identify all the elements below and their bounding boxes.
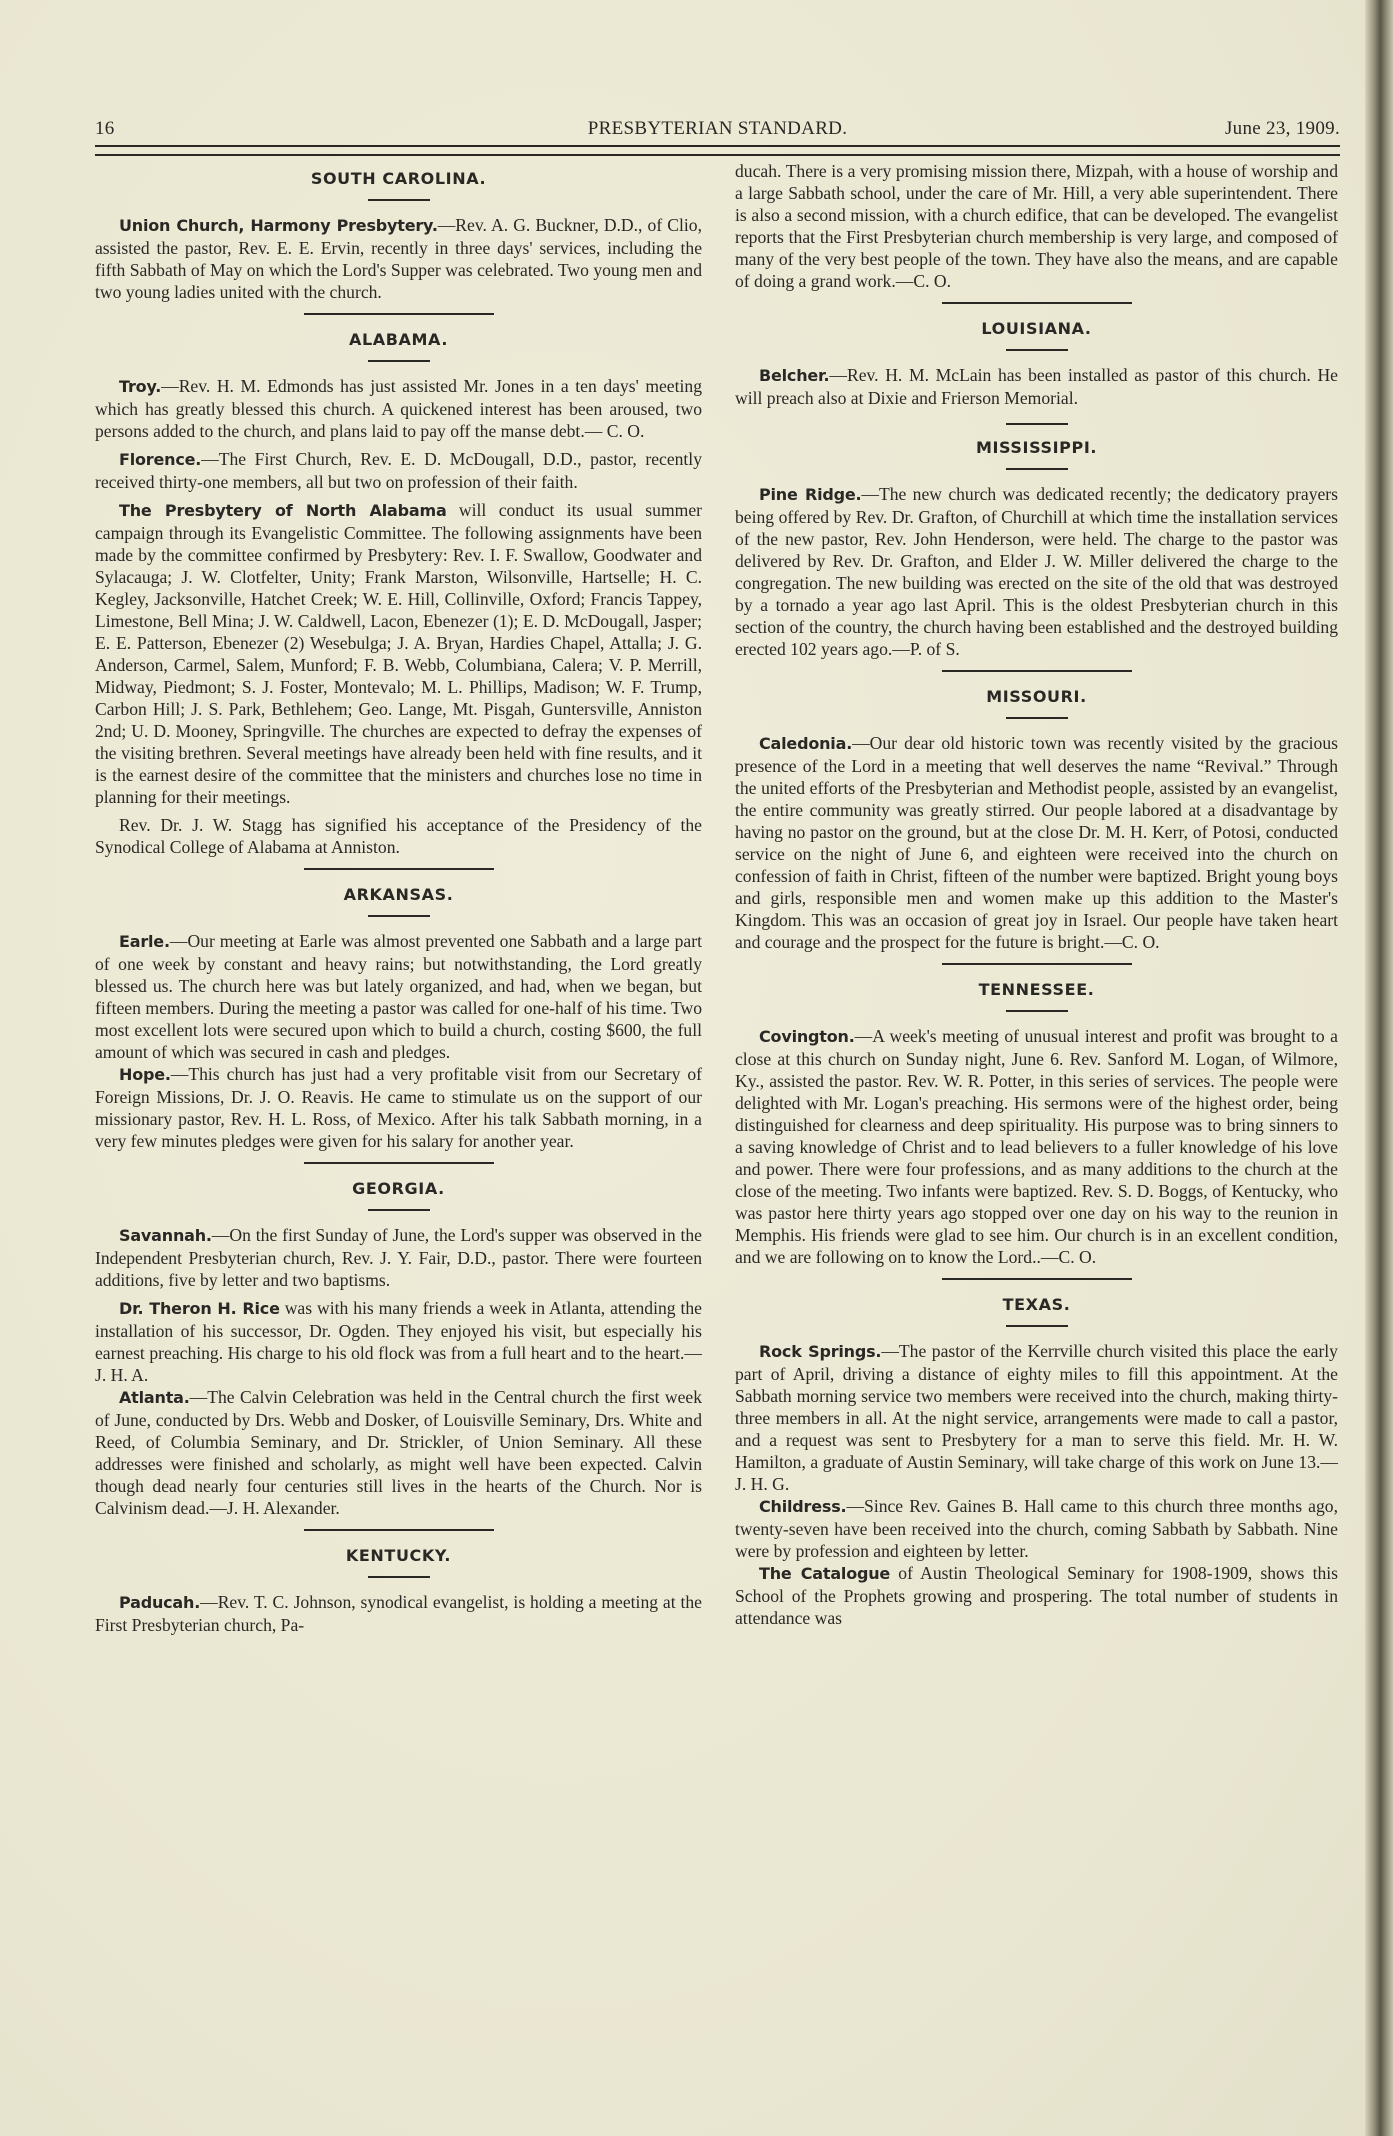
section-missouri: MISSOURI. Caledonia.—Our dear old histor… [735, 678, 1338, 953]
news-item: Rev. Dr. J. W. Stagg has signified his a… [95, 814, 702, 858]
item-text: —Our dear old historic town was recently… [735, 733, 1338, 952]
section-divider [1006, 423, 1068, 425]
item-lead: The Presbytery of North Alabama [119, 501, 447, 520]
item-lead: Earle. [119, 932, 170, 951]
item-lead: Florence. [119, 450, 201, 469]
short-rule [368, 915, 430, 917]
section-tennessee: TENNESSEE. Covington.—A week's meeting o… [735, 971, 1338, 1268]
section-divider [304, 868, 494, 870]
item-lead: Childress. [759, 1497, 846, 1516]
section-divider [942, 963, 1132, 965]
page-header: 16 PRESBYTERIAN STANDARD. June 23, 1909. [95, 118, 1340, 142]
short-rule [368, 199, 430, 201]
news-item: Belcher.—Rev. H. M. McLain has been inst… [735, 364, 1338, 409]
section-heading: ALABAMA. [95, 321, 702, 351]
section-divider [942, 670, 1132, 672]
news-item: Union Church, Harmony Presbytery.—Rev. A… [95, 214, 702, 303]
item-lead: Covington. [759, 1027, 855, 1046]
issue-date: June 23, 1909. [1225, 118, 1340, 140]
news-item: Pine Ridge.—The new church was dedicated… [735, 483, 1338, 660]
news-item: Caledonia.—Our dear old historic town wa… [735, 732, 1338, 953]
item-lead: The Catalogue [759, 1564, 890, 1583]
section-heading: TENNESSEE. [735, 971, 1338, 1001]
section-divider [304, 1529, 494, 1531]
item-text: —This church has just had a very profita… [95, 1064, 702, 1151]
section-heading: MISSISSIPPI. [735, 429, 1338, 459]
item-text: —The pastor of the Kerrville church visi… [735, 1341, 1338, 1494]
left-column: SOUTH CAROLINA. Union Church, Harmony Pr… [95, 160, 702, 1642]
section-heading: KENTUCKY. [95, 1537, 702, 1567]
news-item: Florence.—The First Church, Rev. E. D. M… [95, 448, 702, 493]
short-rule [1006, 717, 1068, 719]
news-item: The Catalogue of Austin Theological Semi… [735, 1562, 1338, 1629]
item-lead: Pine Ridge. [759, 485, 861, 504]
short-rule [1006, 1325, 1068, 1327]
news-item: Atlanta.—The Calvin Celebration was held… [95, 1386, 702, 1519]
publication-title: PRESBYTERIAN STANDARD. [95, 118, 1340, 140]
news-item: Paducah.—Rev. T. C. Johnson, synodical e… [95, 1591, 702, 1636]
section-divider [304, 1162, 494, 1164]
section-kentucky: KENTUCKY. Paducah.—Rev. T. C. Johnson, s… [95, 1537, 702, 1636]
newspaper-page: 16 PRESBYTERIAN STANDARD. June 23, 1909.… [0, 0, 1393, 2136]
item-text: —Our meeting at Earle was almost prevent… [95, 931, 702, 1062]
section-louisiana: LOUISIANA. Belcher.—Rev. H. M. McLain ha… [735, 310, 1338, 409]
section-heading: MISSOURI. [735, 678, 1338, 708]
news-item: Dr. Theron H. Rice was with his many fri… [95, 1297, 702, 1386]
news-item: Childress.—Since Rev. Gaines B. Hall cam… [735, 1495, 1338, 1562]
short-rule [368, 1209, 430, 1211]
news-item: Hope.—This church has just had a very pr… [95, 1063, 702, 1152]
item-text: Rev. Dr. J. W. Stagg has signified his a… [95, 815, 702, 857]
news-item: Troy.—Rev. H. M. Edmonds has just assist… [95, 375, 702, 442]
section-heading: SOUTH CAROLINA. [95, 160, 702, 190]
section-heading: GEORGIA. [95, 1170, 702, 1200]
item-lead: Paducah. [119, 1593, 200, 1612]
header-double-rule [95, 145, 1340, 156]
short-rule [1006, 349, 1068, 351]
item-lead: Caledonia. [759, 734, 852, 753]
book-binding-edge [1365, 0, 1393, 2136]
section-divider [942, 1278, 1132, 1280]
section-mississippi: MISSISSIPPI. Pine Ridge.—The new church … [735, 429, 1338, 660]
item-lead: Atlanta. [119, 1388, 190, 1407]
section-texas: TEXAS. Rock Springs.—The pastor of the K… [735, 1286, 1338, 1629]
news-item: Earle.—Our meeting at Earle was almost p… [95, 930, 702, 1063]
short-rule [1006, 1010, 1068, 1012]
right-column: ducah. There is a very promising mission… [735, 160, 1338, 1635]
section-divider [304, 313, 494, 315]
item-text: ducah. There is a very promising mission… [735, 161, 1338, 291]
section-heading: LOUISIANA. [735, 310, 1338, 340]
section-heading: ARKANSAS. [95, 876, 702, 906]
item-lead: Belcher. [759, 366, 829, 385]
short-rule [368, 360, 430, 362]
news-item: The Presbytery of North Alabama will con… [95, 499, 702, 808]
item-text: —Rev. H. M. Edmonds has just assisted Mr… [95, 376, 702, 441]
short-rule [1006, 468, 1068, 470]
section-south-carolina: SOUTH CAROLINA. Union Church, Harmony Pr… [95, 160, 702, 303]
item-lead: Savannah. [119, 1226, 212, 1245]
item-lead: Union Church, Harmony Presbytery. [119, 216, 438, 235]
section-divider [942, 302, 1132, 304]
news-item: Covington.—A week's meeting of unusual i… [735, 1025, 1338, 1268]
item-lead: Hope. [119, 1065, 171, 1084]
section-arkansas: ARKANSAS. Earle.—Our meeting at Earle wa… [95, 876, 702, 1152]
news-item: Rock Springs.—The pastor of the Kerrvill… [735, 1340, 1338, 1495]
short-rule [368, 1576, 430, 1578]
item-lead: Rock Springs. [759, 1342, 881, 1361]
news-item: Savannah.—On the first Sunday of June, t… [95, 1224, 702, 1291]
section-alabama: ALABAMA. Troy.—Rev. H. M. Edmonds has ju… [95, 321, 702, 858]
news-item-continued: ducah. There is a very promising mission… [735, 160, 1338, 292]
section-heading: TEXAS. [735, 1286, 1338, 1316]
section-georgia: GEORGIA. Savannah.—On the first Sunday o… [95, 1170, 702, 1519]
item-lead: Troy. [119, 377, 161, 396]
item-text: —A week's meeting of unusual interest an… [735, 1026, 1338, 1267]
item-lead: Dr. Theron H. Rice [119, 1299, 280, 1318]
item-text: —The new church was dedicated recently; … [735, 484, 1338, 659]
item-text: will conduct its usual summer campaign t… [95, 500, 702, 807]
